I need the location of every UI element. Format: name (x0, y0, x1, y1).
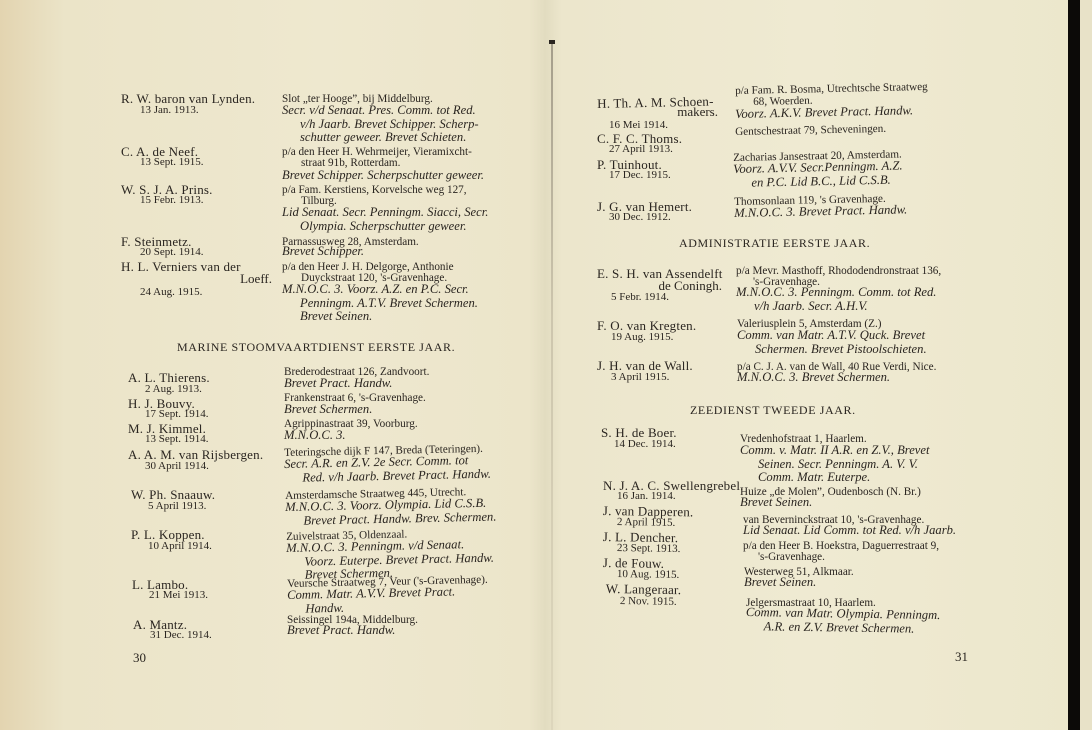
page-number: 31 (955, 649, 968, 665)
desc-line: Brevet Seinen. (282, 310, 522, 324)
member-date: 24 Aug. 1915. (140, 286, 202, 298)
member-date: 15 Febr. 1913. (140, 194, 204, 206)
member-description: Voorz. A.V.V. Secr.Penningm. A.Z. en P.C… (733, 158, 994, 190)
member-date: 16 Mei 1914. (609, 119, 668, 131)
member-description: M.N.O.C. 3. Voorz. A.Z. en P.C. Secr. Pe… (282, 283, 522, 324)
book-spread: R. W. baron van Lynden. 13 Jan. 1913. Sl… (0, 0, 1080, 730)
member-date: 13 Sept. 1914. (145, 433, 209, 445)
member-description: Lid Senaat. Secr. Penningm. Siacci, Secr… (282, 206, 522, 233)
member-date: 17 Dec. 1915. (609, 169, 671, 181)
member-date: 10 April 1914. (148, 540, 212, 552)
member-description: Brevet Seinen. (740, 496, 1000, 510)
member-address-cont: 's-Gravenhage. (758, 551, 825, 563)
desc-line: schutter geweer. Brevet Schieten. (282, 131, 512, 145)
member-date: 21 Mei 1913. (149, 589, 208, 601)
member-date: 13 Sept. 1915. (140, 156, 204, 168)
member-description: M.N.O.C. 3. Voorz. Olympia. Lid C.S.B. B… (285, 496, 526, 528)
desc-line: M.N.O.C. 3. Brevet Pract. Handw. (734, 202, 907, 220)
desc-line: Brevet Seinen. (744, 575, 816, 589)
desc-line: Secr. v/d Senaat. Pres. Comm. tot Red. (282, 103, 476, 117)
member-description: Brevet Schermen. (284, 403, 524, 417)
member-date: 5 April 1913. (148, 500, 206, 512)
desc-line: Comm. van Matr. A.T.V. Quck. Brevet (737, 328, 925, 342)
member-date: 3 April 1915. (611, 371, 669, 383)
desc-line: v/h Jaarb. Brevet Schipper. Scherp- (282, 118, 512, 132)
desc-line: Comm. v. Matr. II A.R. en Z.V., Brevet (740, 443, 929, 457)
desc-line: Brevet Pract. Handw. (284, 376, 392, 390)
member-date: 30 April 1914. (145, 460, 209, 472)
desc-line: M.N.O.C. 3. Voorz. A.Z. en P.C. Secr. (282, 282, 469, 296)
desc-line: Comm. Matr. Euterpe. (740, 471, 1000, 485)
desc-line: M.N.O.C. 3. (284, 428, 346, 442)
section-heading: ZEEDIENST TWEEDE JAAR. (690, 403, 856, 418)
member-date: 30 Dec. 1912. (609, 211, 671, 223)
member-date: 13 Jan. 1913. (140, 104, 199, 116)
desc-line: M.N.O.C. 3. Brevet Schermen. (737, 370, 890, 384)
desc-line: Seinen. Secr. Penningm. A. V. V. (740, 458, 1000, 472)
member-description: Secr. v/d Senaat. Pres. Comm. tot Red. v… (282, 104, 512, 145)
member-description: M.N.O.C. 3. Penningm. Comm. tot Red. v/h… (736, 286, 996, 313)
member-description: Comm. van Matr. Olympia. Penningm. A.R. … (746, 606, 1006, 637)
desc-line: Penningm. A.T.V. Brevet Schermen. (282, 297, 522, 311)
binding-staple (549, 40, 555, 44)
desc-line: Red. v/h Jaarb. Brevet Pract. Handw. (284, 466, 524, 485)
desc-line: Brevet Schermen. (284, 402, 372, 416)
desc-line: Olympia. Scherpschutter geweer. (282, 220, 522, 234)
member-description: Brevet Pract. Handw. (287, 624, 527, 638)
member-date: 27 April 1913. (609, 143, 673, 155)
member-address: Gentschestraat 79, Scheveningen. (735, 123, 886, 138)
member-description: M.N.O.C. 3. Brevet Schermen. (737, 371, 997, 385)
member-date: 14 Dec. 1914. (614, 438, 676, 450)
desc-line: Voorz. A.K.V. Brevet Pract. Handw. (735, 103, 913, 121)
section-heading: ADMINISTRATIE EERSTE JAAR. (679, 236, 870, 251)
member-description: Brevet Seinen. (744, 576, 1004, 590)
member-address: p/a Fam. R. Bosma, Utrechtsche Straatweg (735, 81, 928, 97)
desc-line: Schermen. Brevet Pistoolschieten. (737, 343, 997, 357)
member-description: Brevet Schipper. (282, 245, 522, 259)
member-date: 2 Nov. 1915. (620, 595, 677, 608)
desc-line: v/h Jaarb. Secr. A.H.V. (736, 300, 996, 314)
member-description: Brevet Pract. Handw. (284, 377, 524, 391)
desc-line: Brevet Schipper. Scherpschutter geweer. (282, 168, 484, 182)
scan-background-edge (1068, 0, 1080, 730)
desc-line: Comm. Matr. A.V.V. Brevet Pract. (287, 584, 455, 602)
member-date: 5 Febr. 1914. (611, 291, 669, 303)
member-description: Brevet Schipper. Scherpschutter geweer. (282, 169, 522, 183)
member-date: 19 Aug. 1915. (611, 331, 673, 343)
member-description: M.N.O.C. 3. Brevet Pract. Handw. (734, 202, 994, 221)
book-gutter (551, 40, 553, 730)
member-date: 16 Jan. 1914. (617, 490, 676, 502)
member-date: 17 Sept. 1914. (145, 408, 209, 420)
member-name-cont: makers. (640, 104, 718, 120)
member-date: 23 Sept. 1913. (617, 542, 681, 555)
member-date: 10 Aug. 1915. (617, 568, 680, 581)
member-description: Comm. v. Matr. II A.R. en Z.V., Brevet S… (740, 444, 1000, 485)
member-date: 2 April 1915. (617, 516, 676, 529)
member-description: Comm. van Matr. A.T.V. Quck. Brevet Sche… (737, 329, 997, 356)
member-description: Voorz. A.K.V. Brevet Pract. Handw. (735, 103, 995, 122)
desc-line: Brevet Schipper. (282, 244, 364, 258)
section-heading: MARINE STOOMVAARTDIENST EERSTE JAAR. (177, 340, 455, 355)
desc-line: Lid Senaat. Lid Comm. tot Red. v/h Jaarb… (743, 523, 956, 537)
member-description: Comm. Matr. A.V.V. Brevet Pract. Handw. (287, 584, 528, 616)
desc-line: M.N.O.C. 3. Penningm. Comm. tot Red. (736, 285, 936, 299)
member-name-cont: Loeff. (200, 271, 272, 287)
desc-line: Brevet Seinen. (740, 495, 812, 509)
desc-line: A.R. en Z.V. Brevet Schermen. (746, 619, 1006, 637)
member-description: M.N.O.C. 3. (284, 429, 524, 443)
member-date: 2 Aug. 1913. (145, 383, 202, 395)
member-description: Lid Senaat. Lid Comm. tot Red. v/h Jaarb… (743, 524, 1003, 538)
page-number: 30 (133, 650, 146, 666)
member-date: 31 Dec. 1914. (150, 629, 212, 641)
desc-line: Brevet Pract. Handw. (287, 623, 395, 637)
desc-line: Lid Senaat. Secr. Penningm. Siacci, Secr… (282, 205, 488, 219)
member-date: 20 Sept. 1914. (140, 246, 204, 258)
desc-line: Brevet Pract. Handw. Brev. Schermen. (285, 509, 525, 528)
member-description: Secr. A.R. en Z.V. 2e Secr. Comm. tot Re… (284, 453, 525, 485)
